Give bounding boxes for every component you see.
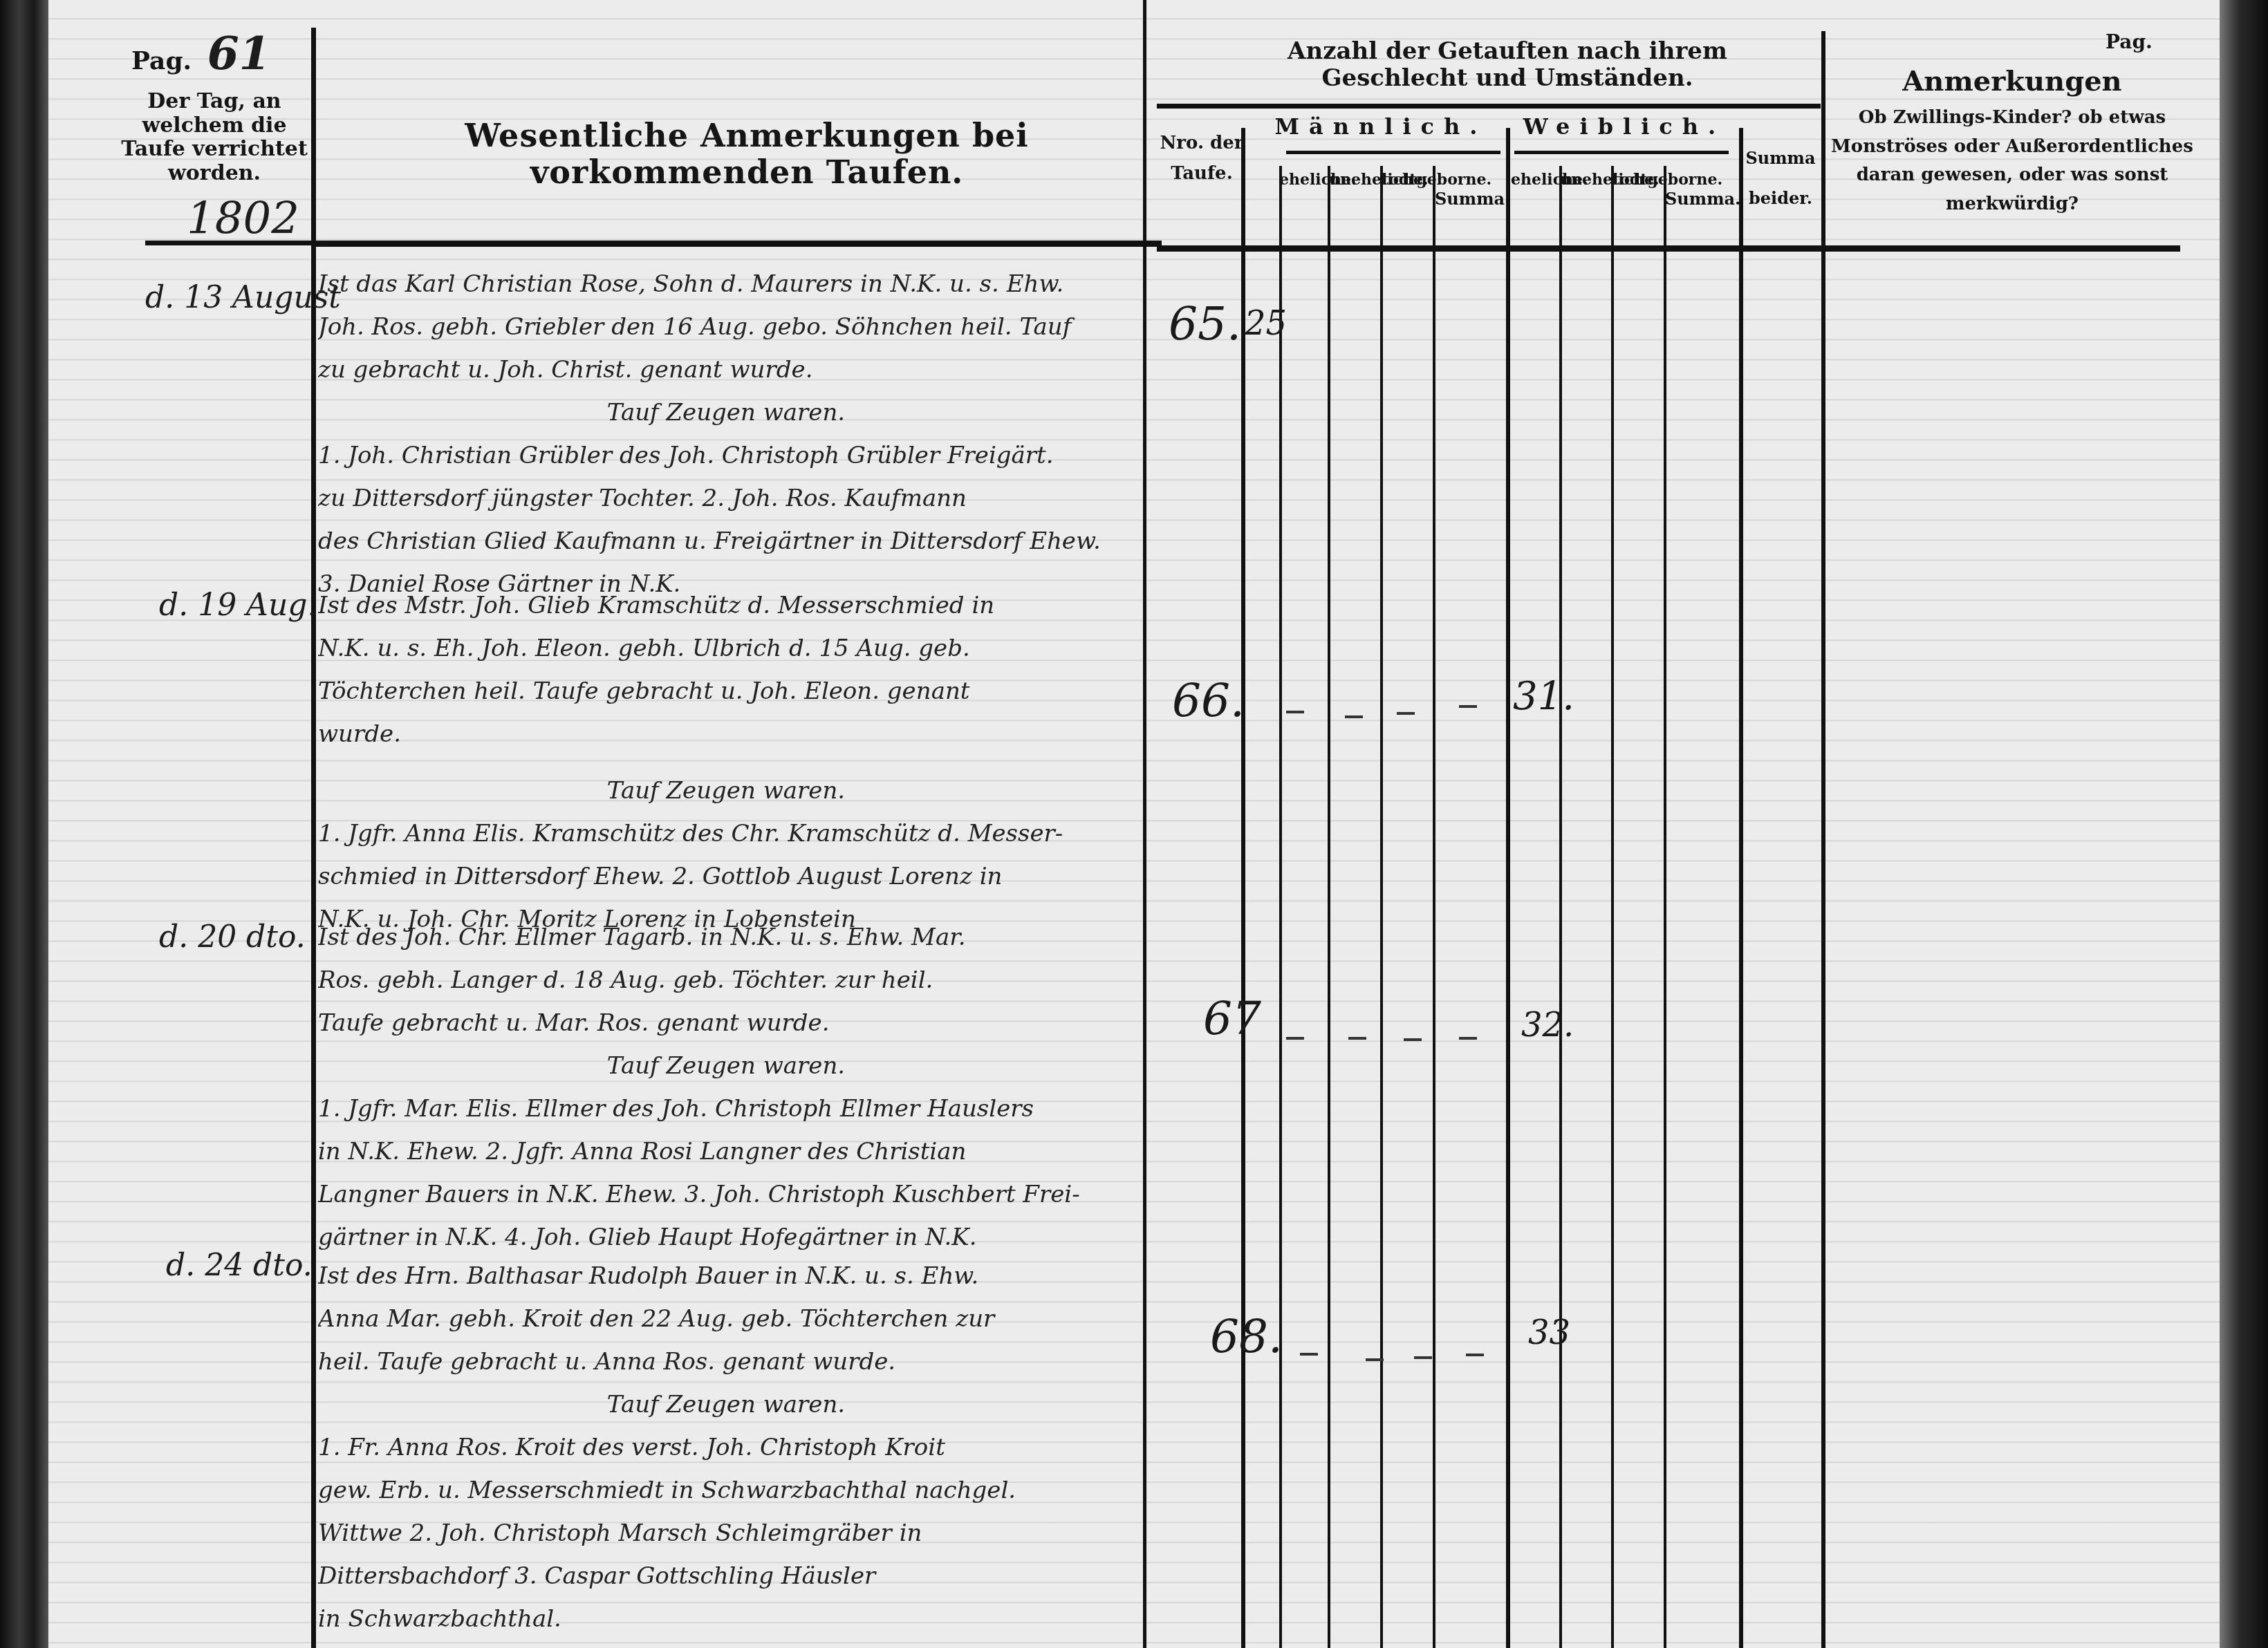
record-line: heil. Taufe gebracht u. Anna Ros. genant… — [318, 1340, 1134, 1383]
baptism-record-67: Ist des Joh. Chr. Ellmer Tagarb. in N.K.… — [318, 916, 1134, 1259]
empty-mark — [1345, 715, 1363, 718]
witness-heading: Tauf Zeugen waren. — [318, 1045, 1134, 1087]
record-line: Anna Mar. gebh. Kroit den 22 Aug. geb. T… — [318, 1298, 1134, 1340]
witness-line: 1. Jgfr. Mar. Elis. Ellmer des Joh. Chri… — [318, 1087, 1134, 1130]
col-rule — [1380, 166, 1383, 1648]
w-legitimate-value: 31. — [1513, 674, 1574, 719]
record-line: Ist des Mstr. Joh. Glieb Kramschütz d. M… — [318, 584, 1134, 627]
nro-value: 66. — [1172, 674, 1245, 727]
w-legitimate-value: 32. — [1521, 1006, 1574, 1045]
m-legitimate-value: 25 — [1245, 304, 1287, 343]
empty-mark — [1459, 705, 1477, 708]
book-binding-left — [0, 0, 48, 1648]
entry-date: d. 24 dto. — [166, 1248, 313, 1283]
nro-value: 65. — [1169, 297, 1241, 350]
record-line: Ist das Karl Christian Rose, Sohn d. Mau… — [318, 263, 1134, 306]
witness-line: 1. Jgfr. Anna Elis. Kramschütz des Chr. … — [318, 812, 1134, 855]
w-sub-sum: Summa. — [1665, 183, 1740, 215]
weiblich-underline — [1514, 151, 1729, 154]
m-sub-illegitimate: uneheliche. — [1329, 166, 1380, 195]
col-header-sum-both: Summa beider. — [1742, 138, 1819, 218]
record-line: wurde. — [318, 713, 1134, 756]
page-label-text: Pag. — [131, 46, 192, 75]
date-column-header: Der Tag, an welchem die Taufe verrichtet… — [118, 90, 311, 185]
page-label-left: Pag. 61 — [131, 28, 271, 80]
witness-line: gärtner in N.K. 4. Joh. Glieb Haupt Hofe… — [318, 1216, 1134, 1259]
col-rule — [1739, 128, 1743, 1648]
witness-line: zu Dittersdorf jüngster Tochter. 2. Joh.… — [318, 477, 1134, 520]
w-legitimate-value: 33 — [1528, 1313, 1570, 1352]
year-underline — [145, 241, 315, 245]
witness-line: in Schwarzbachthal. — [318, 1598, 1134, 1640]
remarks-column-divider — [1821, 31, 1825, 1648]
entry-date: d. 20 dto. — [159, 919, 306, 955]
col-rule — [1664, 166, 1666, 1648]
main-column-right-border — [1143, 0, 1146, 1648]
witness-line: des Christian Glied Kaufmann u. Freigärt… — [318, 520, 1134, 563]
record-line: N.K. u. s. Eh. Joh. Eleon. gebh. Ulbrich… — [318, 627, 1134, 670]
baptism-record-68: Ist des Hrn. Balthasar Rudolph Bauer in … — [318, 1255, 1134, 1640]
m-sub-stillborn: todtgeborne. — [1382, 166, 1433, 195]
record-line: Ros. gebh. Langer d. 18 Aug. geb. Töchte… — [318, 959, 1134, 1002]
col-rule — [1506, 128, 1510, 1648]
empty-mark — [1414, 1356, 1432, 1359]
empty-mark — [1300, 1353, 1318, 1356]
col-rule — [1241, 128, 1245, 1648]
nro-value: 67 — [1203, 992, 1261, 1045]
witness-heading: Tauf Zeugen waren. — [318, 769, 1134, 812]
w-sub-legitimate: eheliche. — [1511, 166, 1559, 195]
page-number: 61 — [207, 26, 271, 80]
record-line: Taufe gebracht u. Mar. Ros. genant wurde… — [318, 1002, 1134, 1045]
witness-line: gew. Erb. u. Messerschmiedt in Schwarzba… — [318, 1469, 1134, 1512]
header-rule-left — [311, 241, 1162, 247]
witness-line: Dittersbachdorf 3. Caspar Gottschling Hä… — [318, 1555, 1134, 1598]
table-header-rule — [1157, 245, 2180, 252]
baptism-record-66: Ist des Mstr. Joh. Glieb Kramschütz d. M… — [318, 584, 1134, 941]
empty-mark — [1366, 1358, 1384, 1361]
col-header-maennlich: Männlich. — [1263, 114, 1498, 140]
empty-mark — [1404, 1038, 1422, 1041]
counts-header-rule — [1157, 104, 1821, 109]
col-header-weiblich: Weiblich. — [1510, 114, 1738, 140]
col-rule — [1611, 166, 1614, 1648]
date-column-divider — [311, 28, 316, 1648]
empty-mark — [1459, 1037, 1477, 1040]
w-sub-illegitimate: uneheliche. — [1560, 166, 1611, 195]
record-line: Ist des Joh. Chr. Ellmer Tagarb. in N.K.… — [318, 916, 1134, 959]
witness-line: Wittwe 2. Joh. Christoph Marsch Schleimg… — [318, 1512, 1134, 1555]
record-line: zu gebracht u. Joh. Christ. genant wurde… — [318, 348, 1134, 391]
book-binding-right — [2220, 0, 2268, 1648]
col-rule — [1328, 166, 1330, 1648]
counts-header: Anzahl der Getauften nach ihrem Geschlec… — [1245, 38, 1770, 92]
col-rule — [1559, 166, 1562, 1648]
baptism-record-65: Ist das Karl Christian Rose, Sohn d. Mau… — [318, 263, 1134, 606]
empty-mark — [1286, 1037, 1304, 1040]
witness-line: 1. Fr. Anna Ros. Kroit des verst. Joh. C… — [318, 1426, 1134, 1469]
w-sub-stillborn: todtgeborne. — [1612, 166, 1664, 195]
year-label: 1802 — [187, 194, 299, 245]
witness-heading: Tauf Zeugen waren. — [318, 391, 1134, 434]
empty-mark — [1466, 1354, 1484, 1356]
m-sub-legitimate: eheliche. — [1279, 166, 1328, 195]
entry-date: d. 13 August — [145, 280, 341, 315]
witness-line: in N.K. Ehew. 2. Jgfr. Anna Rosi Langner… — [318, 1130, 1134, 1173]
record-line: Töchterchen heil. Taufe gebracht u. Joh.… — [318, 670, 1134, 713]
m-sub-sum: Summa. — [1435, 183, 1507, 215]
record-line: Joh. Ros. gebh. Griebler den 16 Aug. geb… — [318, 306, 1134, 348]
col-rule — [1279, 166, 1282, 1648]
remarks-header: Anmerkungen — [1867, 66, 2157, 97]
witness-line: Langner Bauers in N.K. Ehew. 3. Joh. Chr… — [318, 1173, 1134, 1216]
empty-mark — [1286, 711, 1304, 713]
col-rule — [1433, 166, 1435, 1648]
empty-mark — [1348, 1037, 1366, 1040]
main-column-header: Wesentliche Anmerkungen bei vorkommenden… — [332, 118, 1162, 191]
empty-mark — [1397, 712, 1415, 715]
nro-value: 68. — [1210, 1310, 1283, 1363]
page-label-right: Pag. — [2106, 31, 2153, 53]
remarks-subheader: Ob Zwillings-Kinder? ob etwas Monströses… — [1825, 104, 2199, 218]
witness-heading: Tauf Zeugen waren. — [318, 1383, 1134, 1426]
register-page-spread: Pag. 61 Der Tag, an welchem die Taufe ve… — [41, 0, 2227, 1648]
witness-line: 1. Joh. Christian Grübler des Joh. Chris… — [318, 434, 1134, 477]
col-header-nro: Nro. der Taufe. — [1157, 128, 1247, 189]
record-line: Ist des Hrn. Balthasar Rudolph Bauer in … — [318, 1255, 1134, 1298]
maennlich-underline — [1286, 151, 1500, 154]
witness-line: schmied in Dittersdorf Ehew. 2. Gottlob … — [318, 855, 1134, 898]
entry-date: d. 19 Aug. — [159, 588, 317, 623]
